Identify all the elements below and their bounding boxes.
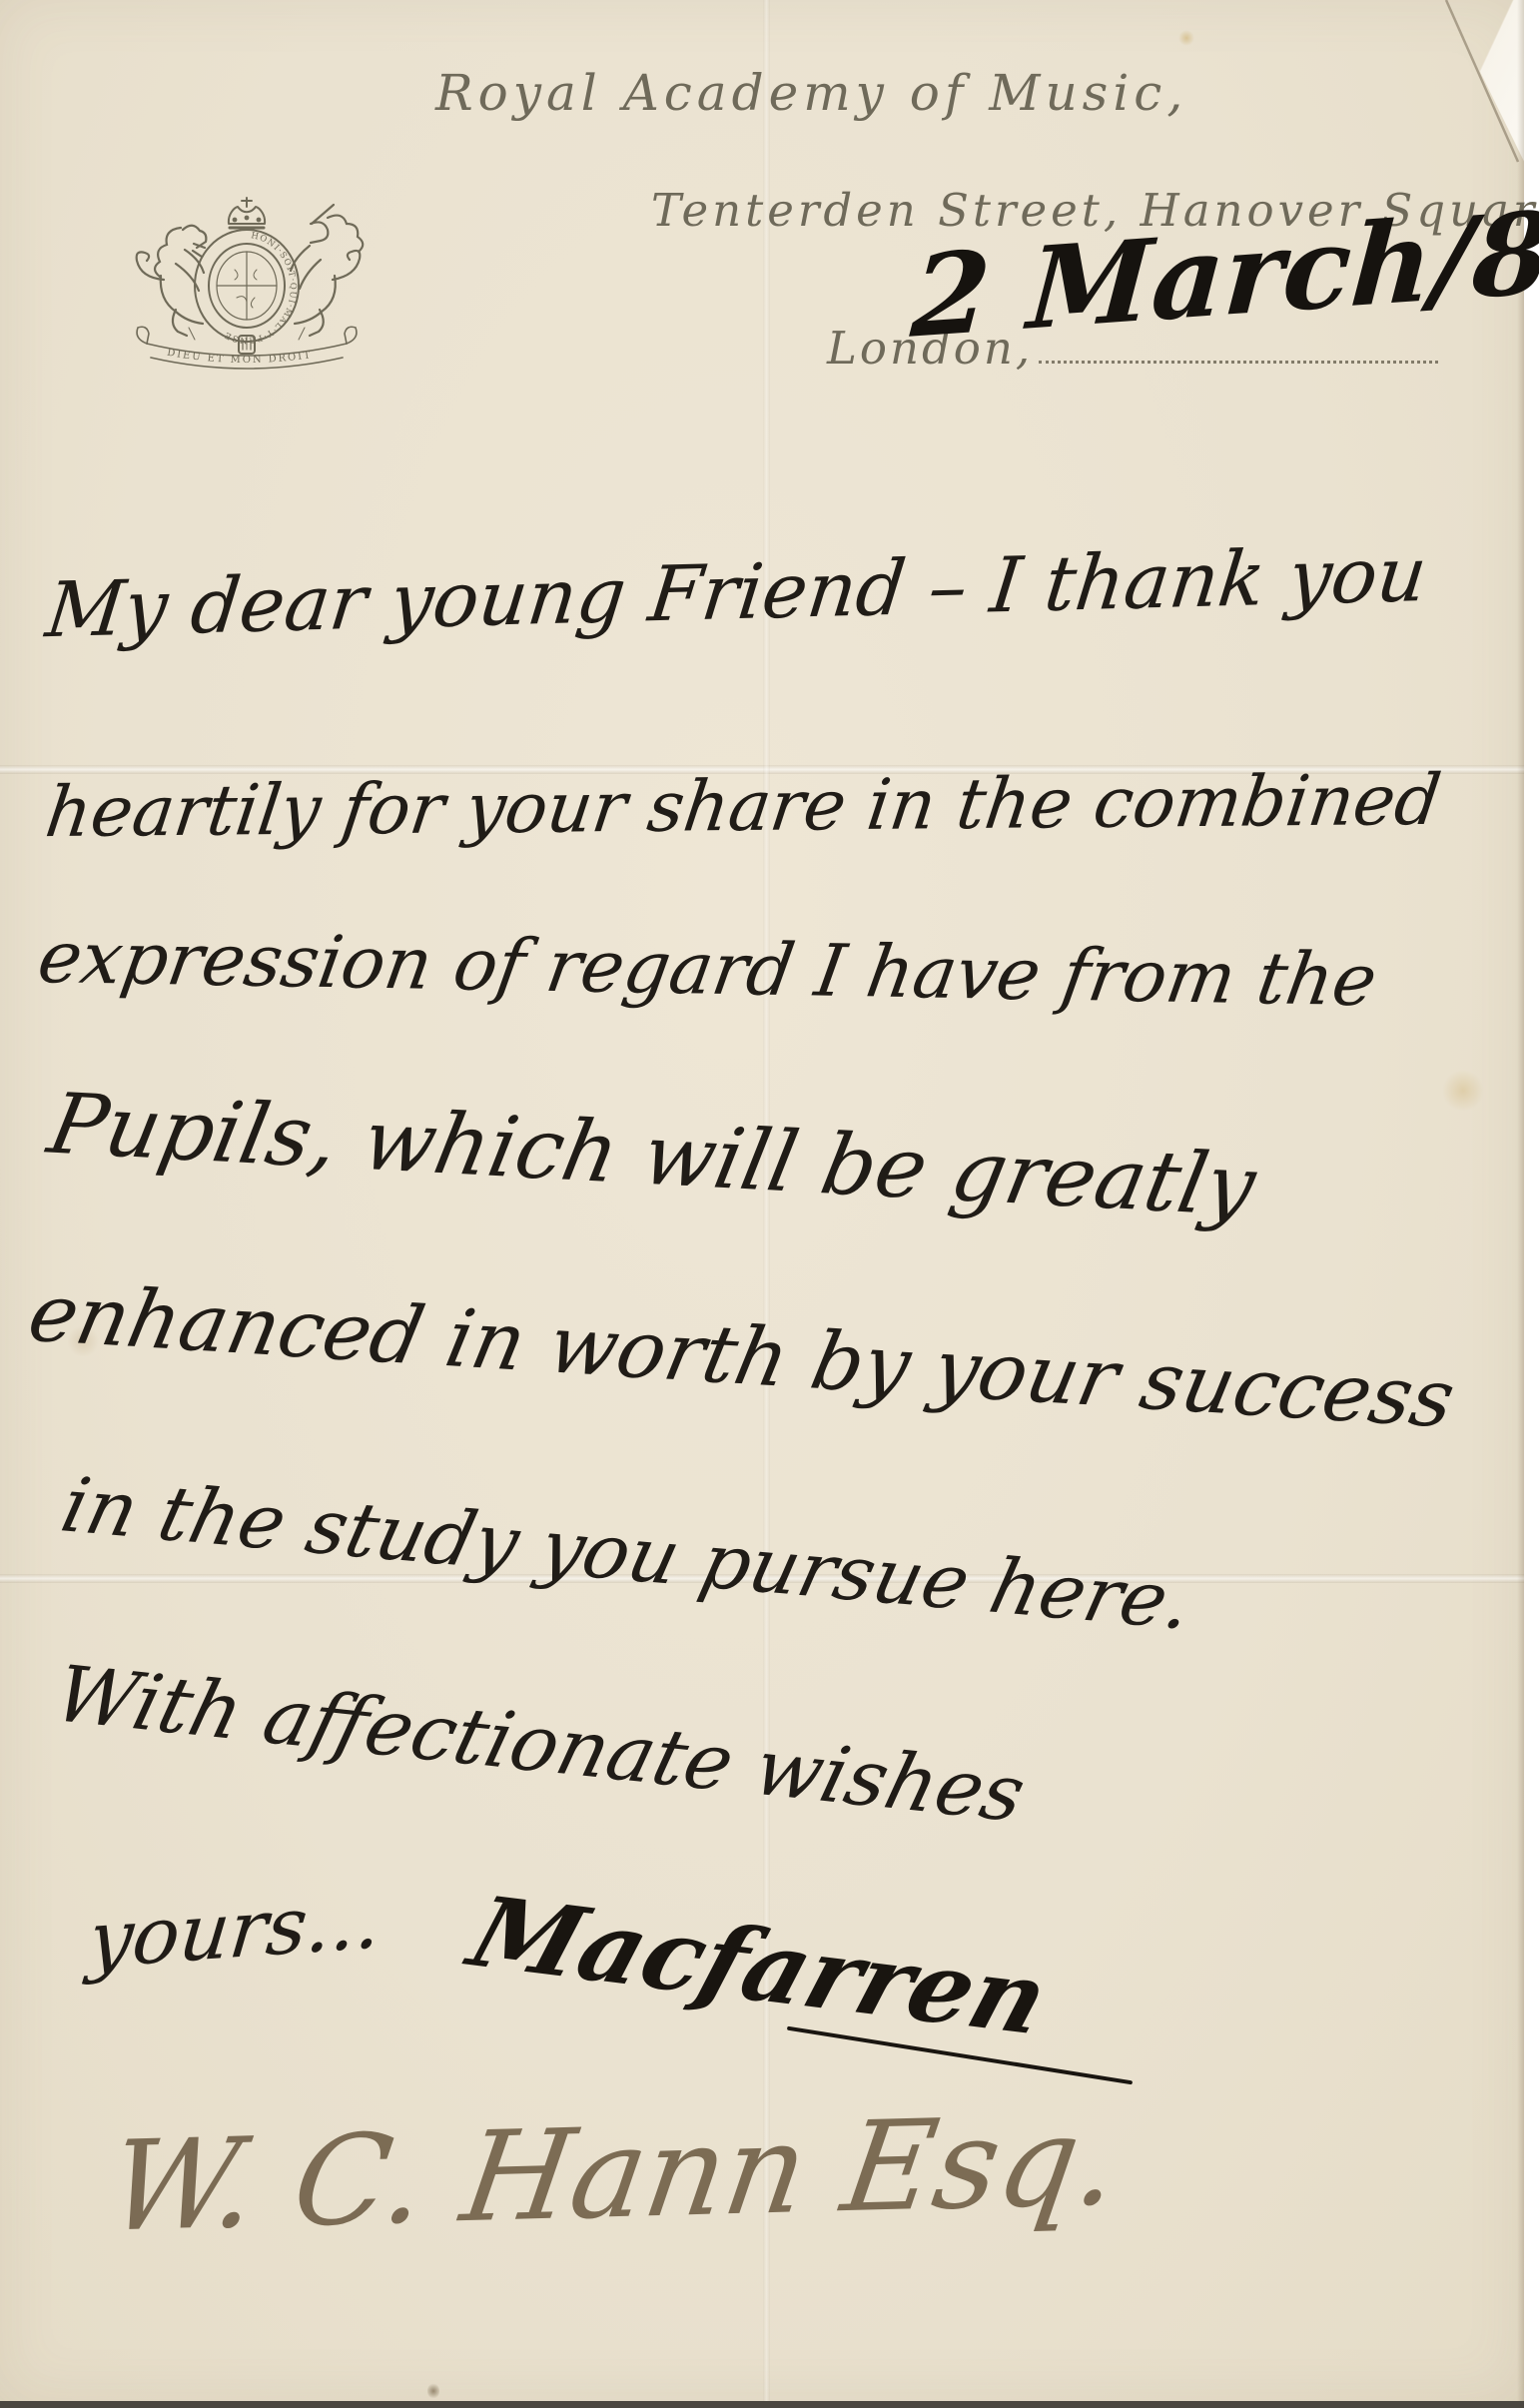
crown-icon xyxy=(229,198,265,228)
svg-text:HONI·SOIT·QUI·MAL·Y·PENSE: HONI·SOIT·QUI·MAL·Y·PENSE xyxy=(223,231,298,345)
letter-scan: HONI·SOIT·QUI·MAL·Y·PENSE DIEU ET MON DR… xyxy=(0,0,1539,2408)
garter-motto-text: HONI·SOIT·QUI·MAL·Y·PENSE xyxy=(223,231,298,345)
paper-stain xyxy=(1441,1071,1485,1111)
addressee: W. C. Hann Esq. xyxy=(100,2089,1128,2260)
paper-stain xyxy=(1178,30,1194,46)
letterhead-institution: Royal Academy of Music, xyxy=(435,64,1187,122)
body-line: heartily for your share in the combined xyxy=(41,759,1445,853)
paper-bottom-edge xyxy=(0,2401,1524,2408)
royal-coat-of-arms: HONI·SOIT·QUI·MAL·Y·PENSE DIEU ET MON DR… xyxy=(92,178,401,378)
unicorn-icon xyxy=(291,205,363,336)
ink-speck xyxy=(427,2383,439,2399)
paper-right-edge-shadow xyxy=(1517,0,1524,2401)
